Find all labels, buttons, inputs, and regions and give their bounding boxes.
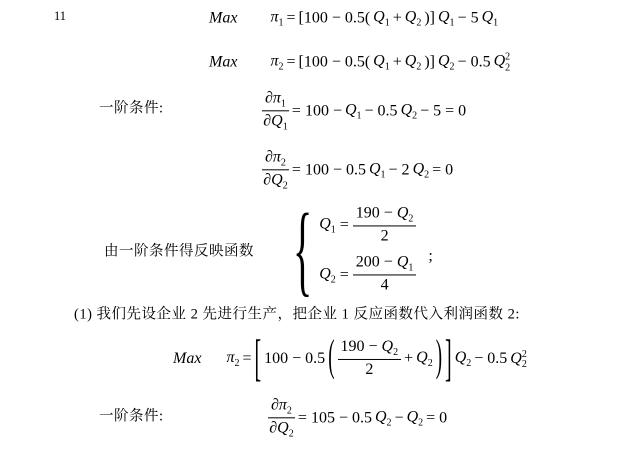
eq-foc2: ∂π2 ∂Q2 = 100 − 0.5 Q1 − 2 Q2 = 0 <box>262 148 453 191</box>
subscript-2: 2 <box>408 214 413 225</box>
frag-minus5: − 5 <box>458 8 479 27</box>
frag-bracket-open: [100 − 0.5( <box>298 52 370 71</box>
var-pi2: π2 <box>270 51 283 72</box>
subscript-2: 2 <box>387 418 392 429</box>
label-text: (1) 我们先设企业 2 先进行生产，把企业 1 反应函数代入利润函数 2: <box>74 306 520 323</box>
var-Q2: Q2 <box>438 51 455 72</box>
subscript-2: 2 <box>416 18 421 29</box>
partial-Q: ∂Q <box>269 420 288 437</box>
frac-numerator: 190 − Q2 <box>353 204 417 226</box>
frag-eq8b: − <box>395 408 404 427</box>
subscript-1: 1 <box>450 18 455 29</box>
var-pi1: π1 <box>270 7 283 28</box>
Q-symbol: Q <box>373 52 385 69</box>
subscript-2: 2 <box>424 170 429 181</box>
Q-symbol: Q <box>319 216 331 233</box>
superscript-2: 2 <box>505 53 510 64</box>
equals-sign: = <box>286 8 295 27</box>
eq-max-profit2-substituted: Max π2 = [ 100 − 0.5 ( 190 − Q2 2 + Q2 )… <box>173 338 527 380</box>
frag-2: 2 <box>365 361 373 378</box>
frac-dpi2-dQ2: ∂π2 ∂Q2 <box>268 396 295 439</box>
var-Q1: Q1 <box>438 7 455 28</box>
document-page: 11 Max π1 = [100 − 0.5( Q1 + Q2 )] Q1 − … <box>0 0 617 466</box>
Q-symbol: Q <box>373 8 385 25</box>
var-Q2: Q2 <box>382 338 399 355</box>
subscript-1: 1 <box>385 18 390 29</box>
left-brace: { <box>293 189 312 311</box>
var-Q1: Q1 <box>369 159 386 180</box>
frag-200: 200 − <box>356 254 393 271</box>
superscript-2: 2 <box>522 350 527 361</box>
Q-symbol: Q <box>405 52 417 69</box>
frag-eq3a: = 100 − <box>292 101 342 120</box>
Q-symbol: Q <box>438 8 450 25</box>
frac-denominator: 2 <box>381 227 389 247</box>
equals-sign: = <box>340 265 349 284</box>
subscript-2: 2 <box>450 62 455 73</box>
frag-190: 190 − <box>341 338 378 355</box>
Q-symbol: Q <box>401 101 413 118</box>
Q-symbol: Q <box>397 254 409 271</box>
Q-symbol: Q <box>382 338 394 355</box>
subscript-2: 2 <box>412 111 417 122</box>
subscript-2: 2 <box>505 63 510 74</box>
frac-numerator: ∂π2 <box>262 148 289 170</box>
Q-symbol: Q <box>455 349 467 366</box>
subscript-2: 2 <box>331 274 336 285</box>
page-number: 11 <box>54 9 66 24</box>
var-Q1: Q1 <box>319 215 336 236</box>
max-operator: Max <box>173 349 201 368</box>
frac-numerator: 200 − Q1 <box>353 254 417 276</box>
partial-Q: ∂Q <box>263 113 282 130</box>
Q-symbol: Q <box>319 265 331 282</box>
frag-eq3b: − 0.5 <box>365 101 398 120</box>
frag-eq7a: 100 − 0.5 <box>264 349 325 368</box>
subscript-1: 1 <box>357 111 362 122</box>
subscript-2: 2 <box>418 418 423 429</box>
frag-eq4a: = 100 − 0.5 <box>292 160 366 179</box>
max-operator: Max <box>209 52 237 71</box>
sup-sub-stack: 22 <box>505 53 510 74</box>
Q-symbol: Q <box>407 408 419 425</box>
frac-denominator: 4 <box>381 276 389 296</box>
var-Q2-squared: Q22 <box>494 52 511 73</box>
var-Q2: Q2 <box>319 264 336 285</box>
Q-symbol: Q <box>405 8 417 25</box>
var-Q2: Q2 <box>455 348 472 369</box>
var-Q1: Q1 <box>482 7 499 28</box>
frag-eq4b: − 2 <box>389 160 410 179</box>
big-left-square-bracket: [ <box>254 328 261 389</box>
equals-sign: = <box>242 349 251 368</box>
big-right-paren: ) <box>436 332 442 386</box>
partial-pi: ∂π <box>271 396 287 413</box>
label-text: 一阶条件: <box>99 408 164 425</box>
Q-symbol: Q <box>413 160 425 177</box>
subscript-2: 2 <box>393 347 398 358</box>
Q-symbol: Q <box>438 52 450 69</box>
frag-eq8a: = 105 − 0.5 <box>298 408 372 427</box>
var-Q2: Q2 <box>416 348 433 369</box>
plus-sign: + <box>393 8 402 27</box>
frag-minus05: − 0.5 <box>474 349 507 368</box>
subscript-1: 1 <box>278 18 283 29</box>
partial-pi: ∂π <box>265 89 281 106</box>
Q-symbol: Q <box>510 350 522 367</box>
Q-symbol: Q <box>369 160 381 177</box>
equals-sign: = <box>286 52 295 71</box>
var-Q2: Q2 <box>401 100 418 121</box>
subscript-2: 2 <box>466 359 471 370</box>
frac-denominator: ∂Q1 <box>263 112 287 133</box>
subscript-1: 1 <box>281 99 286 110</box>
subscript-2: 2 <box>522 360 527 371</box>
frag-eq3c: − 5 = 0 <box>420 101 466 120</box>
subscript-2: 2 <box>416 62 421 73</box>
subscript-1: 1 <box>493 18 498 29</box>
subscript-2: 2 <box>289 429 294 440</box>
subscript-1: 1 <box>331 225 336 236</box>
frac-200-minus-Q1-over-4: 200 − Q1 4 <box>353 254 417 296</box>
frac-190-minus-Q2-over-2: 190 − Q2 2 <box>353 204 417 246</box>
var-Q1: Q1 <box>397 254 414 271</box>
frac-denominator: ∂Q2 <box>269 419 293 440</box>
frac-denominator: ∂Q2 <box>263 171 287 192</box>
Q-symbol: Q <box>494 53 506 70</box>
frac-190-minus-Q2-over-2: 190 − Q2 2 <box>338 338 402 380</box>
frac-dpi1-dQ1: ∂π1 ∂Q1 <box>262 89 289 132</box>
frac-numerator: ∂π1 <box>262 89 289 111</box>
subscript-1: 1 <box>408 263 413 274</box>
frac-numerator: 190 − Q2 <box>338 338 402 360</box>
reaction-function-system: { Q1 = 190 − Q2 2 Q2 = 200 − Q1 4 ; <box>293 204 433 295</box>
frac-dpi2-dQ2: ∂π2 ∂Q2 <box>262 148 289 191</box>
eq-max-profit1: Max π1 = [100 − 0.5( Q1 + Q2 )] Q1 − 5 Q… <box>209 7 498 28</box>
var-Q2-squared: Q22 <box>510 349 527 370</box>
partial-pi: ∂π <box>265 148 281 165</box>
subscript-2: 2 <box>428 359 433 370</box>
frag-eq4c: = 0 <box>432 160 453 179</box>
var-Q2: Q2 <box>405 7 422 28</box>
subscript-1: 1 <box>381 170 386 181</box>
var-Q1: Q1 <box>373 7 390 28</box>
var-Q2: Q2 <box>413 159 430 180</box>
eq-max-profit2: Max π2 = [100 − 0.5( Q1 + Q2 )] Q2 − 0.5… <box>209 51 510 72</box>
eq-foc-stackelberg: ∂π2 ∂Q2 = 105 − 0.5 Q2 − Q2 = 0 <box>268 396 447 439</box>
sup-sub-stack: 22 <box>522 350 527 371</box>
eq-foc1: ∂π1 ∂Q1 = 100 − Q1 − 0.5 Q2 − 5 = 0 <box>262 89 466 132</box>
subscript-1: 1 <box>385 62 390 73</box>
frag-eq8c: = 0 <box>426 408 447 427</box>
label-first-order-condition-2: 一阶条件: <box>99 408 164 425</box>
Q-symbol: Q <box>482 8 494 25</box>
label-text: 由一阶条件得反映函数 <box>104 243 254 260</box>
Q-symbol: Q <box>345 101 357 118</box>
frag-bracket-open: [100 − 0.5( <box>298 8 370 27</box>
frag-bracket-close: )] <box>424 8 435 27</box>
var-Q2: Q2 <box>375 407 392 428</box>
reaction-eq-Q2: Q2 = 200 − Q1 4 <box>319 254 416 296</box>
Q-symbol: Q <box>375 408 387 425</box>
subscript-1: 1 <box>283 122 288 133</box>
Q-symbol: Q <box>416 349 428 366</box>
var-Q2: Q2 <box>397 204 414 221</box>
frag-4: 4 <box>381 277 389 294</box>
plus-sign: + <box>404 349 413 368</box>
reaction-eq-Q1: Q1 = 190 − Q2 2 <box>319 204 416 246</box>
frag-bracket-close: )] <box>424 52 435 71</box>
max-operator: Max <box>209 8 237 27</box>
subscript-2: 2 <box>234 359 239 370</box>
plus-sign: + <box>393 52 402 71</box>
label-text: 一阶条件: <box>99 100 164 117</box>
big-left-paren: ( <box>328 332 334 386</box>
subscript-2: 2 <box>283 181 288 192</box>
Q-symbol: Q <box>397 204 409 221</box>
frag-2: 2 <box>381 228 389 245</box>
var-Q1: Q1 <box>345 100 362 121</box>
subscript-2: 2 <box>278 62 283 73</box>
subscript-2: 2 <box>287 406 292 417</box>
var-pi2: π2 <box>226 348 239 369</box>
equation-system: Q1 = 190 − Q2 2 Q2 = 200 − Q1 4 <box>319 204 416 295</box>
var-Q2: Q2 <box>405 51 422 72</box>
frag-190: 190 − <box>356 204 393 221</box>
partial-Q: ∂Q <box>263 172 282 189</box>
var-Q2: Q2 <box>407 407 424 428</box>
frac-denominator: 2 <box>365 360 373 380</box>
subscript-2: 2 <box>281 158 286 169</box>
big-right-square-bracket: ] <box>445 328 452 389</box>
label-first-order-condition: 一阶条件: <box>99 100 164 117</box>
equals-sign: = <box>340 216 349 235</box>
label-reaction-functions: 由一阶条件得反映函数 <box>104 243 254 260</box>
semicolon: ; <box>428 246 432 265</box>
part1-intro-text: (1) 我们先设企业 2 先进行生产，把企业 1 反应函数代入利润函数 2: <box>74 306 520 323</box>
frac-numerator: ∂π2 <box>268 396 295 418</box>
var-Q1: Q1 <box>373 51 390 72</box>
frag-minus05: − 0.5 <box>458 52 491 71</box>
